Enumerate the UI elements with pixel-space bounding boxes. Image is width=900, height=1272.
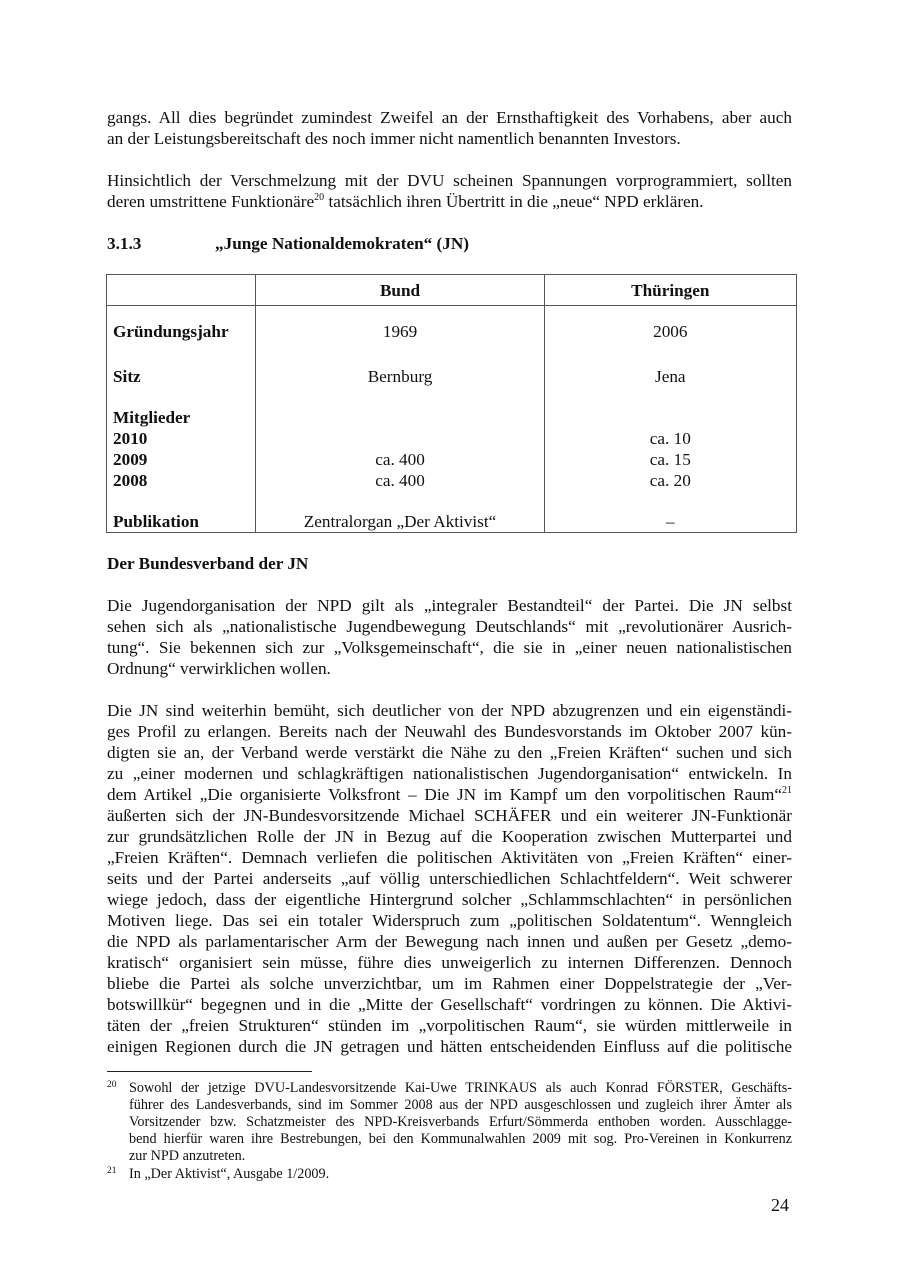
table-cell: –	[545, 511, 796, 532]
table-header-bund: Bund	[256, 275, 544, 306]
table-label-column: Gründungsjahr Sitz Mitglieder 2010 2009 …	[107, 306, 256, 533]
table-cell: Mitglieder	[113, 407, 255, 428]
text-line: tung“. Sie bekennen sich zur „Volksgemei…	[107, 637, 792, 658]
footnote-20: 20 Sowohl der jetzige DVU-Landesvorsitze…	[107, 1080, 792, 1165]
text-line: täten der „freien Strukturen“ stünden im…	[107, 1015, 792, 1036]
subheading: Der Bundesverband der JN	[107, 553, 308, 574]
text-line: wiege jedoch, dass der eigentliche Hinte…	[107, 889, 792, 910]
footnote-text: In „Der Aktivist“, Ausgabe 1/2009.	[129, 1166, 792, 1183]
table-cell: Gründungsjahr	[113, 321, 255, 342]
footnote-text: Sowohl der jetzige DVU-Landesvorsitzende…	[129, 1080, 792, 1165]
text-line: äußerten sich der JN-Bundesvorsitzende M…	[107, 805, 792, 826]
text-line: dem Artikel „Die organisierte Volksfront…	[107, 784, 792, 805]
text-line: einigen Regionen durch die JN getragen u…	[107, 1036, 792, 1057]
section-title: „Junge Nationaldemokraten“ (JN)	[215, 234, 469, 253]
intro-paragraph-2: Hinsichtlich der Verschmelzung mit der D…	[107, 170, 792, 212]
text-line: Motiven liege. Das sei ein totaler Wider…	[107, 910, 792, 931]
table-body-row: Gründungsjahr Sitz Mitglieder 2010 2009 …	[107, 306, 797, 533]
table-thueringen-column: 2006 Jena ca. 10 ca. 15 ca. 20 –	[544, 306, 796, 533]
table-cell: 2008	[113, 470, 255, 491]
body-paragraph-1: Die Jugendorganisation der NPD gilt als …	[107, 595, 792, 679]
text-line: bliebe die Partei als solche unverzichtb…	[107, 973, 792, 994]
text-line: Hinsichtlich der Verschmelzung mit der D…	[107, 170, 792, 191]
text-line: sehen sich als „nationalistische Jugendb…	[107, 616, 792, 637]
text-line: zur NPD anzutreten.	[129, 1148, 792, 1165]
footnote-ref-20[interactable]: 20	[314, 192, 324, 203]
body-paragraph-2: Die JN sind weiterhin bemüht, sich deutl…	[107, 700, 792, 1057]
table-cell: 2009	[113, 449, 255, 470]
table-cell: ca. 20	[545, 470, 796, 491]
text-line: botswillkür“ begegnen und in die „Mitte …	[107, 994, 792, 1015]
text-line: zu „einer modernen und schlagkräftigen n…	[107, 763, 792, 784]
table-cell: 2010	[113, 428, 255, 449]
table-cell: Publikation	[113, 511, 255, 532]
text-line: ges Profil zu erlangen. Bereits nach der…	[107, 721, 792, 742]
text-line: gangs. All dies begründet zumindest Zwei…	[107, 107, 792, 128]
text-line: digten sie an, der Verband werde verstär…	[107, 742, 792, 763]
text-line: Die JN sind weiterhin bemüht, sich deutl…	[107, 700, 792, 721]
footnote-mark: 21	[107, 1163, 117, 1180]
text-line: kratisch“ organisiert sein müsse, führe …	[107, 952, 792, 973]
table-bund-column: 1969 Bernburg ca. 400 ca. 400 Zentralorg…	[256, 306, 544, 533]
text-line: Ordnung“ verwirklichen wollen.	[107, 658, 792, 679]
table-cell: Zentralorgan „Der Aktivist“	[256, 511, 543, 532]
footnote-ref-21[interactable]: 21	[782, 785, 792, 796]
text-line: an der Leistungsbereitschaft des noch im…	[107, 128, 792, 149]
text-line: bend hierfür waren ihre Bestrebungen, be…	[129, 1131, 792, 1148]
footnote-21: 21 In „Der Aktivist“, Ausgabe 1/2009.	[107, 1166, 792, 1183]
table-cell: 2006	[545, 321, 796, 342]
text-line: die NPD als parlamentarischer Arm der Be…	[107, 931, 792, 952]
table-header-empty	[107, 275, 256, 306]
text-fragment: tatsächlich ihren Übertritt in die „neue…	[324, 192, 703, 211]
table-cell: Sitz	[113, 366, 255, 387]
table-header-thueringen: Thüringen	[544, 275, 796, 306]
text-line: Sowohl der jetzige DVU-Landesvorsitzende…	[129, 1080, 792, 1097]
text-line: Die Jugendorganisation der NPD gilt als …	[107, 595, 792, 616]
footnote-mark: 20	[107, 1077, 117, 1094]
text-line: deren umstrittene Funktionäre20 tatsächl…	[107, 191, 792, 212]
text-line: zur grundsätzlichen Rolle der JN in Bezu…	[107, 826, 792, 847]
text-line: führer des Landesverbands, sind im Somme…	[129, 1097, 792, 1114]
table-cell: ca. 15	[545, 449, 796, 470]
table-cell: ca. 400	[256, 449, 543, 470]
text-line: In „Der Aktivist“, Ausgabe 1/2009.	[129, 1166, 792, 1183]
intro-paragraph-1: gangs. All dies begründet zumindest Zwei…	[107, 107, 792, 149]
section-number: 3.1.3	[107, 233, 215, 254]
jn-info-table: Bund Thüringen Gründungsjahr Sitz Mitgli…	[106, 274, 797, 533]
text-line: „Freien Kräften“. Demnach verliefen die …	[107, 847, 792, 868]
text-line: Vorsitzender bzw. Schatzmeister des NPD-…	[129, 1114, 792, 1131]
table-cell: 1969	[256, 321, 543, 342]
footnote-separator	[107, 1071, 312, 1072]
table-cell: Jena	[545, 366, 796, 387]
table-header-row: Bund Thüringen	[107, 275, 797, 306]
page-number: 24	[771, 1195, 789, 1216]
text-fragment: deren umstrittene Funktionäre	[107, 192, 314, 211]
section-heading: 3.1.3„Junge Nationaldemokraten“ (JN)	[107, 233, 469, 254]
text-fragment: dem Artikel „Die organisierte Volksfront…	[107, 785, 782, 804]
table-cell: ca. 10	[545, 428, 796, 449]
table-cell: Bernburg	[256, 366, 543, 387]
table-cell: ca. 400	[256, 470, 543, 491]
text-line: seits und der Partei anderseits „auf völ…	[107, 868, 792, 889]
